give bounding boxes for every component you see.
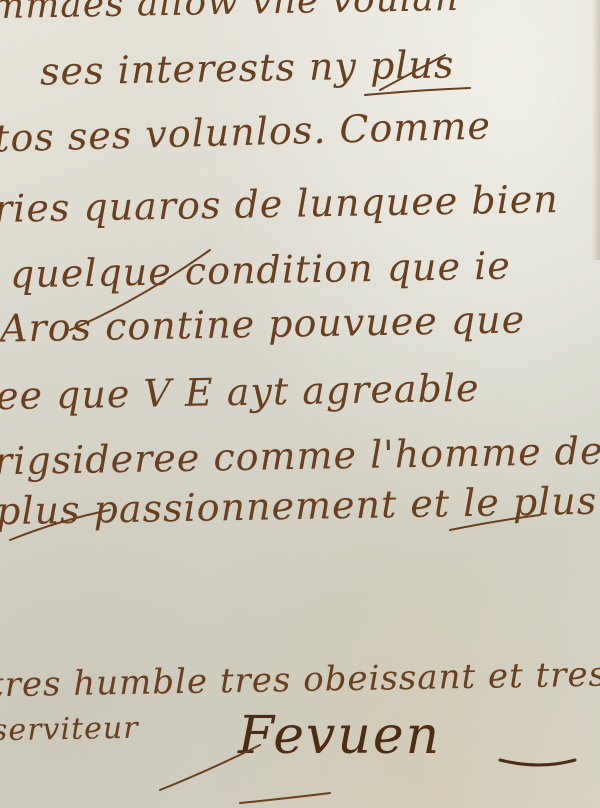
pen-flourishes: [0, 0, 600, 808]
